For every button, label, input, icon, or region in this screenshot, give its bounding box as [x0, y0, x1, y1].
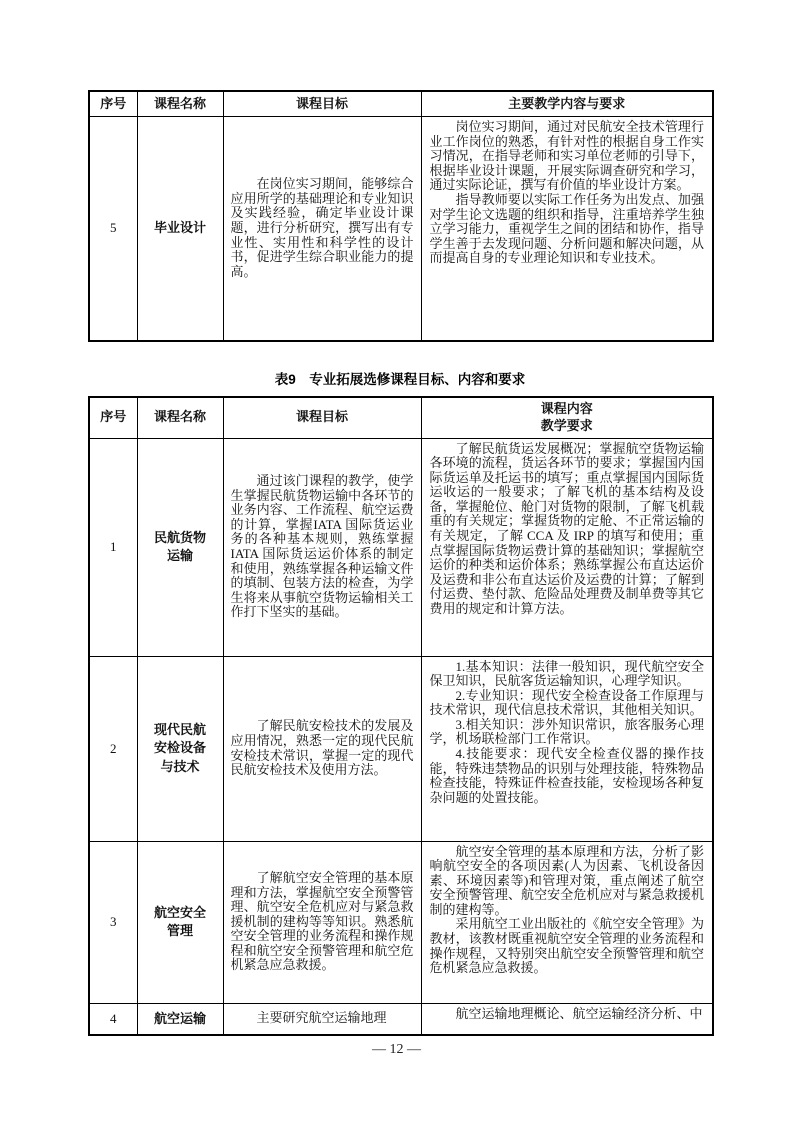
row-number-cell: 4	[89, 1003, 137, 1035]
page-number: — 12 —	[0, 1042, 793, 1058]
course-objective-cell: 了解民航安检技术的发展及应用情况，熟悉一定的现代民航安检技术常识，掌握一定的现代…	[223, 656, 421, 841]
row-number-cell: 3	[89, 841, 137, 1003]
content-paragraph: 岗位实习期间，通过对民航安全技术管理行业工作岗位的熟悉，有针对性的根据自身工作实…	[430, 120, 705, 193]
column-header: 课程目标	[223, 91, 421, 117]
column-header: 序号	[89, 91, 137, 117]
document-page: 序号课程名称课程目标主要教学内容与要求5毕业设计在岗位实习期间，能够综合应用所学…	[0, 0, 793, 1122]
content-paragraph: 指导教师要以实际工作任务为出发点、加强对学生论文选题的组织和指导，注重培养学生独…	[430, 193, 705, 266]
content-paragraph: 了解民航货运发展概况；掌握航空货物运输各环境的流程，货运各环节的要求；掌握国内国…	[430, 442, 705, 617]
course-objective-cell: 主要研究航空运输地理	[223, 1003, 421, 1035]
course-content-cell: 航空运输地理概论、航空运输经济分析、中	[421, 1003, 713, 1035]
course-name-cell: 航空运输	[137, 1003, 223, 1035]
course-content-cell: 航空安全管理的基本原理和方法，分析了影响航空安全的各项因素(人为因素、飞机设备因…	[421, 841, 713, 1003]
graduation-design-table: 序号课程名称课程目标主要教学内容与要求5毕业设计在岗位实习期间，能够综合应用所学…	[88, 90, 714, 342]
course-row: 5毕业设计在岗位实习期间，能够综合应用所学的基础理论和专业知识及实践经验，确定毕…	[89, 117, 713, 341]
header-row: 序号课程名称课程目标课程内容教学要求	[89, 397, 713, 439]
row-number-cell: 1	[89, 438, 137, 656]
table9-caption: 表9 专业拓展选修课程目标、内容和要求	[88, 368, 712, 388]
course-objective-cell: 通过该门课程的教学，使学生掌握民航货物运输中各环节的业务内容、工作流程、航空运费…	[223, 438, 421, 656]
column-header: 主要教学内容与要求	[421, 91, 713, 117]
content-paragraph: 4.技能要求：现代安全检查仪器的操作技能，特殊违禁物品的识别与处理技能，特殊物品…	[430, 747, 705, 805]
course-content-cell: 了解民航货运发展概况；掌握航空货物运输各环境的流程，货运各环节的要求；掌握国内国…	[421, 438, 713, 656]
content-paragraph: 航空安全管理的基本原理和方法，分析了影响航空安全的各项因素(人为因素、飞机设备因…	[430, 845, 705, 918]
column-header: 课程目标	[223, 397, 421, 439]
content-paragraph: 3.相关知识：涉外知识常识，旅客服务心理学，机场联检部门工作常识。	[430, 718, 705, 747]
row-number-cell: 2	[89, 656, 137, 841]
course-objective-cell: 在岗位实习期间，能够综合应用所学的基础理论和专业知识及实践经验，确定毕业设计课题…	[223, 117, 421, 341]
course-name-cell: 航空安全管理	[137, 841, 223, 1003]
content-paragraph: 2.专业知识：现代安全检查设备工作原理与技术常识，现代信息技术常识，其他相关知识…	[430, 689, 705, 718]
objective-paragraph: 了解航空安全管理的基本原理和方法，掌握航空安全预警管理、航空安全危机应对与紧急救…	[231, 871, 414, 973]
header-row: 序号课程名称课程目标主要教学内容与要求	[89, 91, 713, 117]
course-row: 1民航货物运输通过该门课程的教学，使学生掌握民航货物运输中各环节的业务内容、工作…	[89, 438, 713, 656]
course-name-cell: 民航货物运输	[137, 438, 223, 656]
course-row: 2现代民航安检设备与技术了解民航安检技术的发展及应用情况，熟悉一定的现代民航安检…	[89, 656, 713, 841]
course-row: 4航空运输主要研究航空运输地理航空运输地理概论、航空运输经济分析、中	[89, 1003, 713, 1035]
page-content: 序号课程名称课程目标主要教学内容与要求5毕业设计在岗位实习期间，能够综合应用所学…	[88, 90, 712, 1036]
column-header: 课程内容教学要求	[421, 397, 713, 439]
content-paragraph: 1.基本知识：法律一般知识，现代航空安全保卫知识，民航客货运输知识，心理学知识。	[430, 660, 705, 689]
course-content-cell: 1.基本知识：法律一般知识，现代航空安全保卫知识，民航客货运输知识，心理学知识。…	[421, 656, 713, 841]
row-number-cell: 5	[89, 117, 137, 341]
content-paragraph: 航空运输地理概论、航空运输经济分析、中	[430, 1007, 705, 1022]
objective-paragraph: 通过该门课程的教学，使学生掌握民航货物运输中各环节的业务内容、工作流程、航空运费…	[231, 474, 414, 620]
course-content-cell: 岗位实习期间，通过对民航安全技术管理行业工作岗位的熟悉，有针对性的根据自身工作实…	[421, 117, 713, 341]
objective-paragraph: 了解民航安检技术的发展及应用情况，熟悉一定的现代民航安检技术常识，掌握一定的现代…	[231, 719, 414, 777]
course-row: 3航空安全管理了解航空安全管理的基本原理和方法，掌握航空安全预警管理、航空安全危…	[89, 841, 713, 1003]
objective-paragraph: 主要研究航空运输地理	[231, 1011, 414, 1026]
objective-paragraph: 在岗位实习期间，能够综合应用所学的基础理论和专业知识及实践经验，确定毕业设计课题…	[231, 177, 414, 279]
course-objective-cell: 了解航空安全管理的基本原理和方法，掌握航空安全预警管理、航空安全危机应对与紧急救…	[223, 841, 421, 1003]
column-header: 课程名称	[137, 91, 223, 117]
column-header: 序号	[89, 397, 137, 439]
content-paragraph: 采用航空工业出版社的《航空安全管理》为教材，该教材既重视航空安全管理的业务流程和…	[430, 917, 705, 975]
course-name-cell: 现代民航安检设备与技术	[137, 656, 223, 841]
column-header: 课程名称	[137, 397, 223, 439]
course-name-cell: 毕业设计	[137, 117, 223, 341]
elective-course-table: 序号课程名称课程目标课程内容教学要求1民航货物运输通过该门课程的教学，使学生掌握…	[88, 396, 714, 1037]
